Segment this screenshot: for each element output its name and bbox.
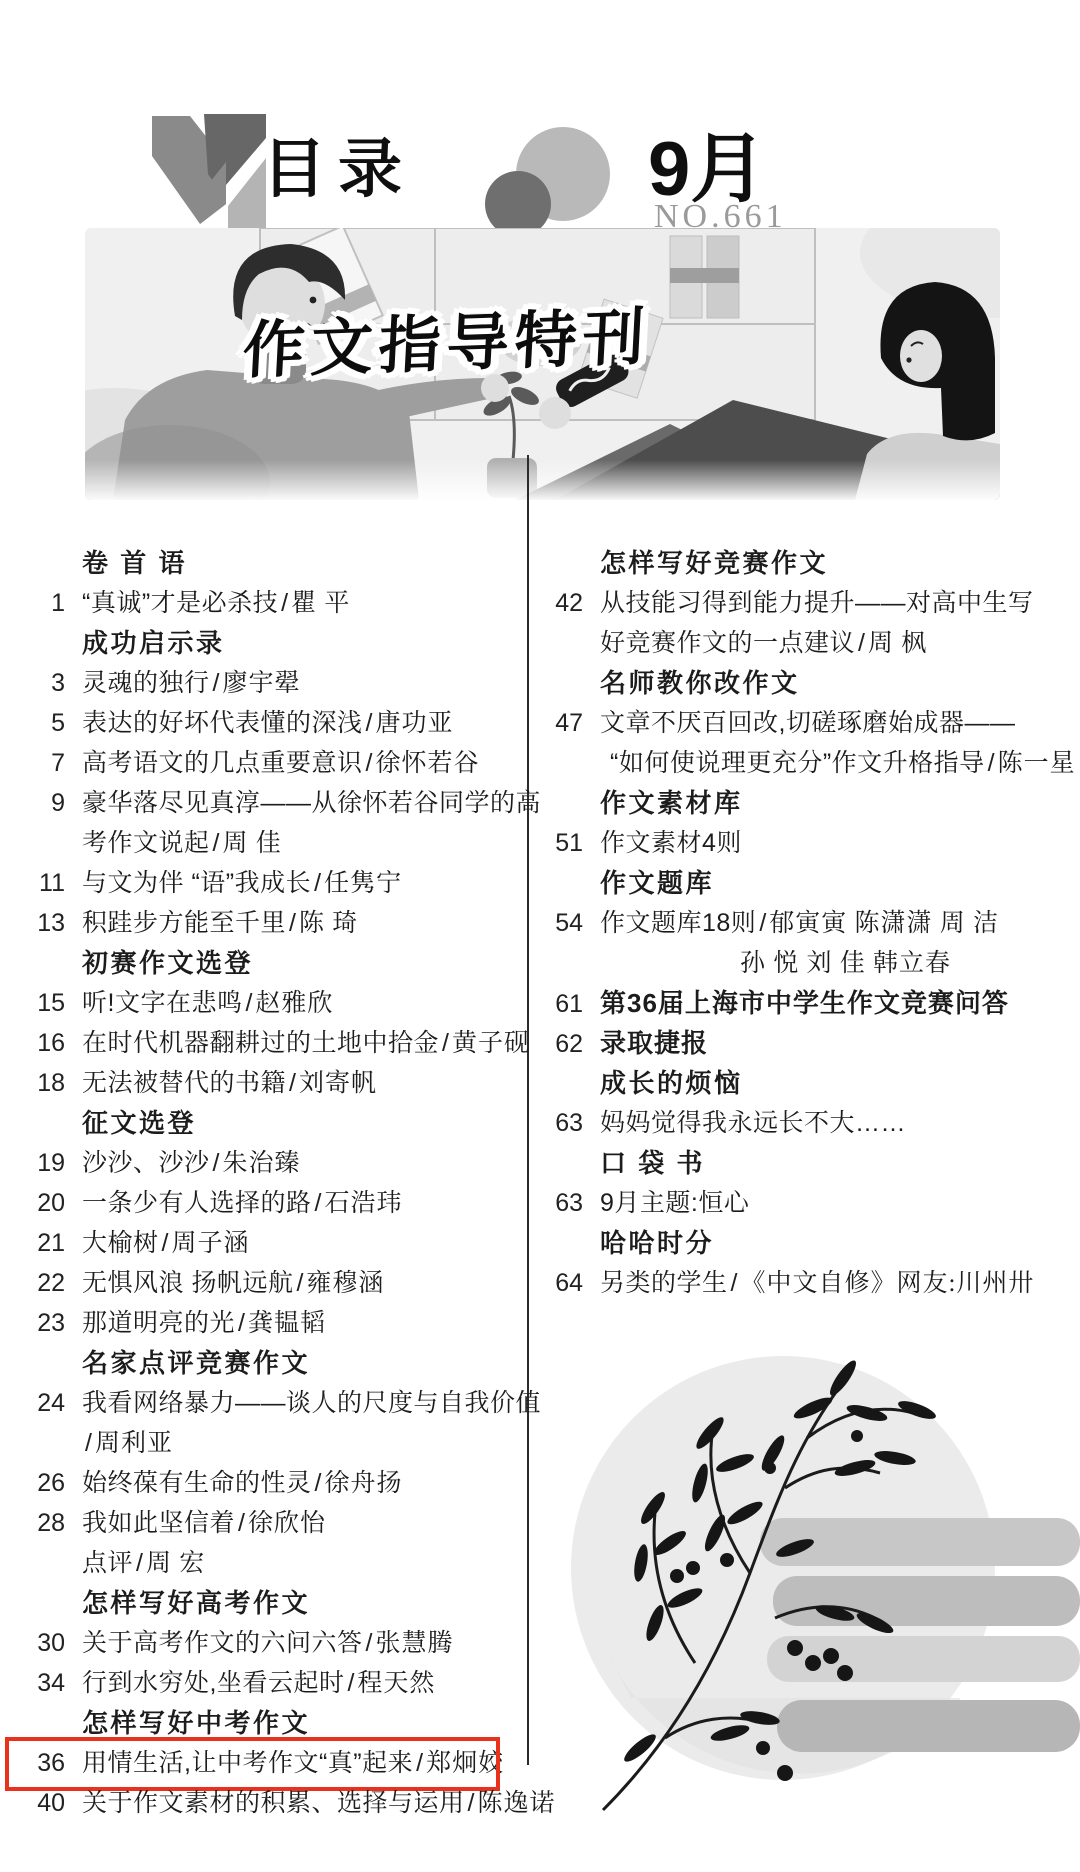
slash-separator: /	[213, 669, 220, 698]
entry-title: 行到水穷处,坐看云起时	[82, 1663, 344, 1699]
toc-entry[interactable]: “如何使说理更充分”作文升格指导/陈一星	[553, 743, 1053, 783]
slash-separator: /	[315, 1469, 322, 1498]
entry-author: 唐功亚	[375, 703, 453, 739]
section-title: 哈哈时分	[600, 1223, 714, 1260]
toc-entry[interactable]: 40关于作文素材的积累、选择与运用/陈逸诺	[35, 1783, 505, 1823]
page-number: 18	[35, 1069, 65, 1098]
entry-title: 表达的好坏代表懂的深浅	[82, 703, 363, 739]
entry-title: 用情生活,让中考作文“真”起来	[82, 1743, 413, 1779]
section-header: 作文题库	[553, 863, 1053, 903]
section-title: 作文题库	[600, 863, 714, 900]
toc-entry[interactable]: 考作文说起/周 佳	[35, 823, 505, 863]
slash-separator: /	[366, 709, 373, 738]
entry-title: 积跬步方能至千里	[82, 903, 286, 939]
section-header: 怎样写好竞赛作文	[553, 543, 1053, 583]
entry-title: 作文题库18则	[600, 903, 756, 939]
toc-entry[interactable]: 点评/周 宏	[35, 1543, 505, 1583]
entry-title: 关于作文素材的积累、选择与运用	[82, 1783, 465, 1819]
page-number: 42	[553, 589, 583, 618]
entry-author: 赵雅欣	[255, 983, 333, 1019]
toc-entry[interactable]: 1“真诚”才是必杀技/瞿 平	[35, 583, 505, 623]
toc-entry[interactable]: /周利亚	[35, 1423, 505, 1463]
slash-separator: /	[238, 1309, 245, 1338]
page-number: 3	[35, 669, 65, 698]
page-number: 20	[35, 1189, 65, 1218]
section-title: 名家点评竞赛作文	[82, 1343, 310, 1380]
slash-separator: /	[296, 1269, 303, 1298]
toc-right-column: 怎样写好竞赛作文42从技能习得到能力提升——对高中生写好竞赛作文的一点建议/周 …	[553, 543, 1053, 1303]
section-title: 口 袋 书	[600, 1143, 705, 1180]
section-title: 征文选登	[82, 1103, 196, 1140]
entry-title: 9月主题:恒心	[600, 1183, 749, 1219]
page-number: 26	[35, 1469, 65, 1498]
toc-entry[interactable]: 30关于高考作文的六问六答/张慧腾	[35, 1623, 505, 1663]
toc-entry[interactable]: 11与文为伴 “语”我成长/任隽宁	[35, 863, 505, 903]
entry-title: “真诚”才是必杀技	[82, 583, 278, 619]
slash-separator: /	[162, 1229, 169, 1258]
toc-entry[interactable]: 18无法被替代的书籍/刘寄帆	[35, 1063, 505, 1103]
slash-separator: /	[136, 1549, 143, 1578]
slash-separator: /	[366, 749, 373, 778]
toc-entry[interactable]: 54作文题库18则/郁寅寅 陈潇潇 周 洁	[553, 903, 1053, 943]
toc-entry[interactable]: 好竞赛作文的一点建议/周 枫	[553, 623, 1053, 663]
entry-title: 听!文字在悲鸣	[82, 983, 242, 1019]
olive-branch-illustration	[545, 1318, 1080, 1863]
entry-author: 徐欣怡	[248, 1503, 326, 1539]
toc-entry[interactable]: 62录取捷报	[553, 1023, 1053, 1063]
entry-author: 《中文自修》网友:川州卅	[740, 1263, 1034, 1299]
page-number: 13	[35, 909, 65, 938]
section-title: 名师教你改作文	[600, 663, 800, 700]
entry-author: 周 佳	[222, 823, 281, 859]
slash-separator: /	[245, 989, 252, 1018]
slash-separator: /	[442, 1029, 449, 1058]
entry-author: 孙 悦 刘 佳 韩立春	[740, 943, 951, 979]
toc-entry[interactable]: 19沙沙、沙沙/朱治臻	[35, 1143, 505, 1183]
section-header: 哈哈时分	[553, 1223, 1053, 1263]
entry-author: 朱治臻	[222, 1143, 300, 1179]
page-number: 22	[35, 1269, 65, 1298]
page-number: 28	[35, 1509, 65, 1538]
page-number: 16	[35, 1029, 65, 1058]
slash-separator: /	[289, 1069, 296, 1098]
slash-separator: /	[238, 1509, 245, 1538]
entry-title: 我看网络暴力——谈人的尺度与自我价值	[82, 1383, 541, 1419]
slash-separator: /	[468, 1789, 475, 1818]
entry-author: 郑炯姣	[426, 1743, 504, 1779]
toc-entry[interactable]: 16在时代机器翻耕过的土地中拾金/黄子砚	[35, 1023, 505, 1063]
entry-author: 刘寄帆	[299, 1063, 377, 1099]
slash-separator: /	[314, 869, 321, 898]
entry-author: 程天然	[357, 1663, 435, 1699]
section-header: 怎样写好中考作文	[35, 1703, 505, 1743]
page-number: 63	[553, 1189, 583, 1218]
page-number: 23	[35, 1309, 65, 1338]
slash-separator: /	[213, 1149, 220, 1178]
section-title: 怎样写好高考作文	[82, 1583, 310, 1620]
section-title: 作文素材库	[600, 783, 743, 820]
slash-separator: /	[366, 1629, 373, 1658]
slash-separator: /	[315, 1189, 322, 1218]
entry-author: 陈一星	[998, 743, 1076, 779]
entry-title: 豪华落尽见真淳——从徐怀若谷同学的高	[82, 783, 541, 819]
entry-author: 黄子砚	[452, 1023, 530, 1059]
page-number: 11	[35, 869, 65, 898]
entry-author: 任隽宁	[324, 863, 402, 899]
entry-author: 陈逸诺	[477, 1783, 555, 1819]
toc-entry[interactable]: 47文章不厌百回改,切磋琢磨始成器——	[553, 703, 1053, 743]
banner-illustration: 作文指导特刊	[85, 228, 1000, 500]
entry-title: 另类的学生	[600, 1263, 728, 1299]
toc-entry[interactable]: 9豪华落尽见真淳——从徐怀若谷同学的高	[35, 783, 505, 823]
entry-title: 灵魂的独行	[82, 663, 210, 699]
section-header: 初赛作文选登	[35, 943, 505, 983]
entry-title: 考作文说起	[82, 823, 210, 859]
entry-author: 廖宇翚	[222, 663, 300, 699]
page-number: 62	[553, 1030, 583, 1059]
page-number: 7	[35, 749, 65, 778]
toc-entry[interactable]: 15听!文字在悲鸣/赵雅欣	[35, 983, 505, 1023]
toc-entry[interactable]: 3灵魂的独行/廖宇翚	[35, 663, 505, 703]
entry-title: 一条少有人选择的路	[82, 1183, 312, 1219]
entry-author: 周 宏	[146, 1543, 205, 1579]
page-number: 15	[35, 989, 65, 1018]
toc-entry[interactable]: 7高考语文的几点重要意识/徐怀若谷	[35, 743, 505, 783]
slash-separator: /	[858, 629, 865, 658]
page-number: 63	[553, 1109, 583, 1138]
toc-entry[interactable]: 28我如此坚信着/徐欣怡	[35, 1503, 505, 1543]
entry-title: 文章不厌百回改,切磋琢磨始成器——	[600, 703, 1015, 739]
entry-title: 在时代机器翻耕过的土地中拾金	[82, 1023, 439, 1059]
page-number: 64	[553, 1269, 583, 1298]
toc-entry[interactable]: 13积跬步方能至千里/陈 琦	[35, 903, 505, 943]
section-header: 怎样写好高考作文	[35, 1583, 505, 1623]
magazine-toc-page: 目录 9月 NO.661	[0, 0, 1080, 1872]
entry-author: 张慧腾	[375, 1623, 453, 1659]
page-number: 34	[35, 1669, 65, 1698]
toc-entry[interactable]: 61第36届上海市中学生作文竞赛问答	[553, 983, 1053, 1023]
toc-entry[interactable]: 34行到水穷处,坐看云起时/程天然	[35, 1663, 505, 1703]
entry-title: 关于高考作文的六问六答	[82, 1623, 363, 1659]
toc-entry[interactable]: 24我看网络暴力——谈人的尺度与自我价值	[35, 1383, 505, 1423]
slash-separator: /	[416, 1749, 423, 1778]
toc-entry[interactable]: 63妈妈觉得我永远长不大……	[553, 1103, 1053, 1143]
section-title: 怎样写好竞赛作文	[600, 543, 828, 580]
page-number: 61	[553, 990, 583, 1019]
toc-entry[interactable]: 639月主题:恒心	[553, 1183, 1053, 1223]
page-number: 21	[35, 1229, 65, 1258]
slash-separator: /	[85, 1429, 92, 1458]
entry-author: 徐怀若谷	[375, 743, 479, 779]
page-number: 30	[35, 1629, 65, 1658]
entry-title: 好竞赛作文的一点建议	[600, 623, 855, 659]
toc-entry[interactable]: 26始终葆有生命的性灵/徐舟扬	[35, 1463, 505, 1503]
entry-title: 始终葆有生命的性灵	[82, 1463, 312, 1499]
section-header: 作文素材库	[553, 783, 1053, 823]
page-number: 9	[35, 789, 65, 818]
entry-title: 无惧风浪 扬帆远航	[82, 1263, 293, 1299]
toc-entry[interactable]: 42从技能习得到能力提升——对高中生写	[553, 583, 1053, 623]
entry-author: 周子涵	[171, 1223, 249, 1259]
slash-separator: /	[988, 749, 995, 778]
entry-author: 郁寅寅 陈潇潇 周 洁	[769, 903, 999, 939]
page-number: 51	[553, 829, 583, 858]
page-number: 5	[35, 709, 65, 738]
entry-title: 那道明亮的光	[82, 1303, 235, 1339]
page-number: 36	[35, 1749, 65, 1778]
column-divider	[527, 455, 529, 1765]
slash-separator: /	[731, 1269, 738, 1298]
entry-title: 无法被替代的书籍	[82, 1063, 286, 1099]
toc-entry[interactable]: 36用情生活,让中考作文“真”起来/郑炯姣	[35, 1743, 505, 1783]
entry-title: 第36届上海市中学生作文竞赛问答	[600, 983, 1009, 1020]
entry-author: 石浩玮	[324, 1183, 402, 1219]
entry-title: 录取捷报	[600, 1023, 708, 1060]
entry-title: 从技能习得到能力提升——对高中生写	[600, 583, 1034, 619]
entry-author: 龚韫韬	[248, 1303, 326, 1339]
slash-separator: /	[213, 829, 220, 858]
section-title: 卷 首 语	[82, 543, 187, 580]
section-title: 初赛作文选登	[82, 943, 253, 980]
toc-left-column: 卷 首 语1“真诚”才是必杀技/瞿 平成功启示录3灵魂的独行/廖宇翚5表达的好坏…	[35, 543, 505, 1823]
slash-separator: /	[281, 589, 288, 618]
slash-separator: /	[289, 909, 296, 938]
section-header: 口 袋 书	[553, 1143, 1053, 1183]
section-header: 征文选登	[35, 1103, 505, 1143]
entry-title: 我如此坚信着	[82, 1503, 235, 1539]
toc-entry[interactable]: 21大榆树/周子涵	[35, 1223, 505, 1263]
entry-title: 与文为伴 “语”我成长	[82, 863, 311, 899]
toc-entry[interactable]: 20一条少有人选择的路/石浩玮	[35, 1183, 505, 1223]
page-number: 19	[35, 1149, 65, 1178]
magazine-logo-icon	[148, 112, 270, 232]
slash-separator: /	[759, 909, 766, 938]
section-title: 成长的烦恼	[600, 1063, 743, 1100]
entry-title: 妈妈觉得我永远长不大……	[600, 1103, 906, 1139]
entry-author: 周利亚	[95, 1423, 173, 1459]
entry-author: 雍穆涵	[306, 1263, 384, 1299]
page-number: 47	[553, 709, 583, 738]
entry-author: 徐舟扬	[324, 1463, 402, 1499]
toc-entry[interactable]: 64另类的学生/《中文自修》网友:川州卅	[553, 1263, 1053, 1303]
toc-entry[interactable]: 5表达的好坏代表懂的深浅/唐功亚	[35, 703, 505, 743]
entry-title: 高考语文的几点重要意识	[82, 743, 363, 779]
section-header: 成功启示录	[35, 623, 505, 663]
entry-title: 大榆树	[82, 1223, 159, 1259]
toc-entry[interactable]: 23那道明亮的光/龚韫韬	[35, 1303, 505, 1343]
section-header: 成长的烦恼	[553, 1063, 1053, 1103]
entry-title: “如何使说理更充分”作文升格指导	[600, 743, 985, 779]
page-number: 54	[553, 909, 583, 938]
entry-title: 点评	[82, 1543, 133, 1579]
toc-entry[interactable]: 孙 悦 刘 佳 韩立春	[553, 943, 1053, 983]
section-title: 成功启示录	[82, 623, 225, 660]
entry-author: 周 枫	[868, 623, 927, 659]
toc-entry[interactable]: 51作文素材4则	[553, 823, 1053, 863]
banner-title: 作文指导特刊	[241, 287, 653, 390]
entry-title: 作文素材4则	[600, 823, 742, 859]
section-header: 卷 首 语	[35, 543, 505, 583]
page-number: 24	[35, 1389, 65, 1418]
page-number: 1	[35, 589, 65, 618]
page-number: 40	[35, 1789, 65, 1818]
section-header: 名家点评竞赛作文	[35, 1343, 505, 1383]
masthead-title: 目录	[262, 118, 414, 210]
entry-author: 瞿 平	[291, 583, 350, 619]
entry-author: 陈 琦	[299, 903, 358, 939]
slash-separator: /	[347, 1669, 354, 1698]
entry-title: 沙沙、沙沙	[82, 1143, 210, 1179]
section-header: 名师教你改作文	[553, 663, 1053, 703]
toc-entry[interactable]: 22无惧风浪 扬帆远航/雍穆涵	[35, 1263, 505, 1303]
section-title: 怎样写好中考作文	[82, 1703, 310, 1740]
